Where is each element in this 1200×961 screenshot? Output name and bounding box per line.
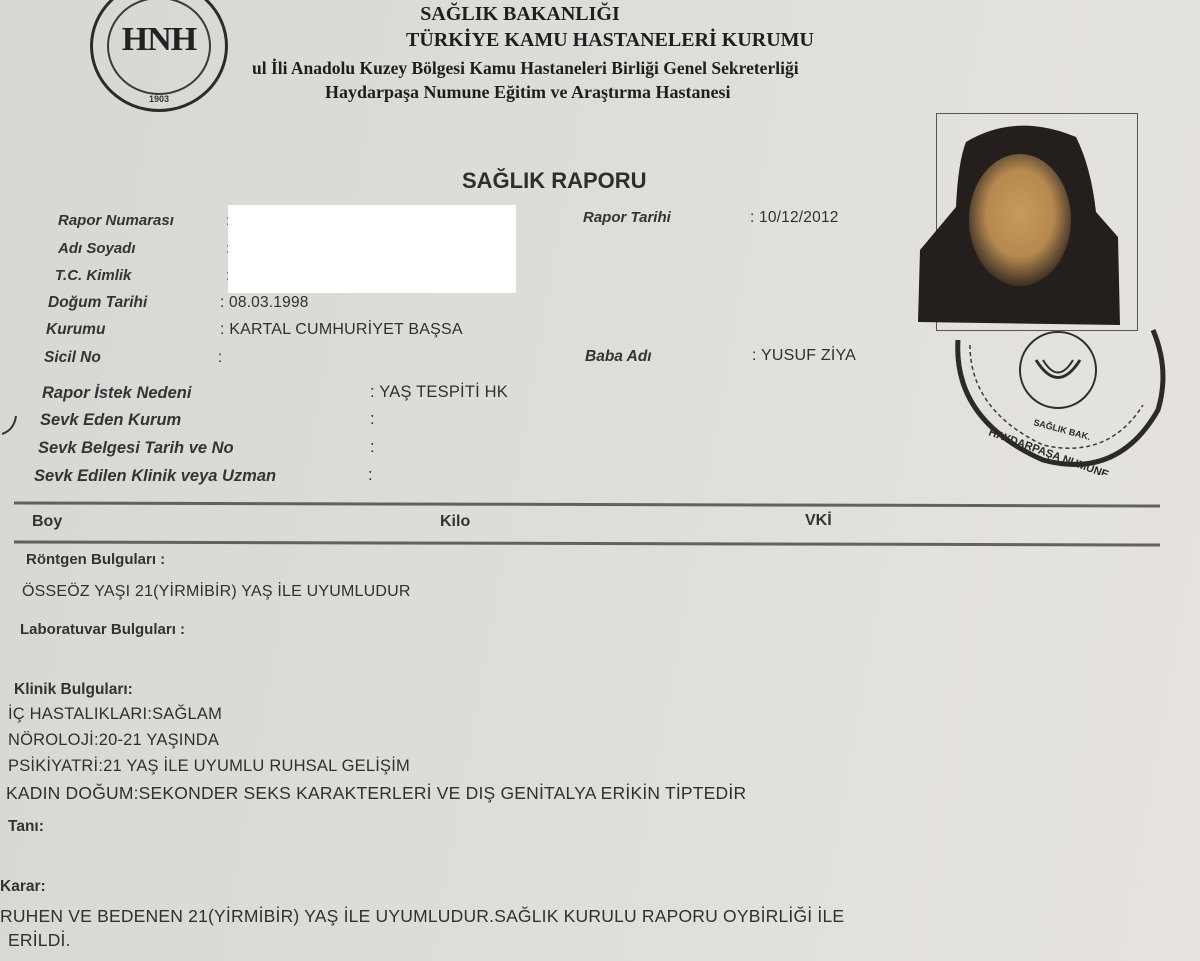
field-value-sevk-belgesi: : bbox=[370, 438, 375, 457]
svg-text:HAYDARPAŞA NUMUNE: HAYDARPAŞA NUMUNE bbox=[987, 427, 1110, 475]
divider-bottom bbox=[14, 540, 1160, 546]
field-value-rapor-tarihi: : 10/12/2012 bbox=[750, 209, 839, 227]
redacted-personal-info bbox=[228, 205, 516, 293]
field-label-rapor-numarasi: Rapor Numarası bbox=[58, 212, 174, 229]
hospital-title: Haydarpaşa Numune Eğitim ve Araştırma Ha… bbox=[325, 82, 731, 103]
clinic-line-gynecology: KADIN DOĞUM:SEKONDER SEKS KARAKTERLERİ V… bbox=[6, 783, 746, 804]
svg-text:SAĞLIK BAK.: SAĞLIK BAK. bbox=[1032, 416, 1091, 442]
clinic-line-internal: İÇ HASTALIKLARI:SAĞLAM bbox=[8, 705, 222, 724]
margin-mark-icon bbox=[0, 412, 24, 440]
field-value-dogum-tarihi: : 08.03.1998 bbox=[220, 294, 309, 312]
measurement-boy: Boy bbox=[32, 513, 62, 531]
field-label-sevk-belgesi: Sevk Belgesi Tarih ve No bbox=[38, 439, 234, 458]
field-value-sicil-no: : bbox=[218, 349, 223, 367]
field-label-tc-kimlik: T.C. Kimlik bbox=[55, 267, 131, 284]
report-title: SAĞLIK RAPORU bbox=[462, 168, 647, 194]
field-value-baba-adi: : YUSUF ZİYA bbox=[752, 347, 856, 365]
institution-title: TÜRKİYE KAMU HASTANELERİ KURUMU bbox=[10, 29, 1200, 52]
clinic-label: Klinik Bulguları: bbox=[14, 681, 133, 699]
decision-line-2: ERİLDİ. bbox=[8, 930, 71, 951]
region-title: ul İli Anadolu Kuzey Bölgesi Kamu Hastan… bbox=[252, 58, 799, 79]
field-label-kurumu: Kurumu bbox=[46, 321, 105, 339]
decision-label: Karar: bbox=[0, 878, 46, 896]
diagnosis-label: Tanı: bbox=[8, 818, 44, 836]
field-value-rapor-istek-nedeni: : YAŞ TESPİTİ HK bbox=[370, 383, 508, 402]
decision-line-1: RUHEN VE BEDENEN 21(YİRMİBİR) YAŞ İLE UY… bbox=[0, 906, 844, 927]
field-value-kurumu: : KARTAL CUMHURİYET BAŞSA bbox=[220, 321, 463, 339]
divider-top bbox=[14, 501, 1160, 507]
xray-label: Röntgen Bulguları : bbox=[26, 551, 165, 568]
obscured-photo bbox=[916, 122, 1120, 327]
field-label-sicil-no: Sicil No bbox=[44, 349, 101, 367]
ministry-title: SAĞLIK BAKANLIĞI bbox=[0, 3, 1120, 26]
field-label-rapor-tarihi: Rapor Tarihi bbox=[583, 209, 671, 226]
field-label-sevk-eden-kurum: Sevk Eden Kurum bbox=[40, 411, 181, 430]
field-label-rapor-istek-nedeni: Rapor İstek Nedeni bbox=[42, 384, 191, 403]
measurement-kilo: Kilo bbox=[440, 513, 470, 531]
field-label-adi-soyadi: Adı Soyadı bbox=[58, 240, 136, 257]
field-value-sevk-eden-kurum: : bbox=[370, 410, 375, 429]
official-stamp: HAYDARPAŞA NUMUNE SAĞLIK BAK. bbox=[948, 310, 1170, 475]
xray-text: ÖSSEÖZ YAŞI 21(YİRMİBİR) YAŞ İLE UYUMLUD… bbox=[22, 583, 411, 601]
field-label-baba-adi: Baba Adı bbox=[585, 348, 652, 366]
field-value-sevk-edilen-klinik: : bbox=[368, 466, 373, 485]
field-label-dogum-tarihi: Doğum Tarihi bbox=[48, 294, 147, 312]
clinic-line-neurology: NÖROLOJİ:20-21 YAŞINDA bbox=[8, 731, 219, 750]
field-label-sevk-edilen-klinik: Sevk Edilen Klinik veya Uzman bbox=[34, 467, 276, 486]
lab-label: Laboratuvar Bulguları : bbox=[20, 621, 185, 638]
clinic-line-psychiatry: PSİKİYATRİ:21 YAŞ İLE UYUMLU RUHSAL GELİ… bbox=[8, 757, 410, 776]
measurement-vki: VKİ bbox=[805, 512, 832, 530]
logo-year: 1903 bbox=[93, 94, 225, 104]
